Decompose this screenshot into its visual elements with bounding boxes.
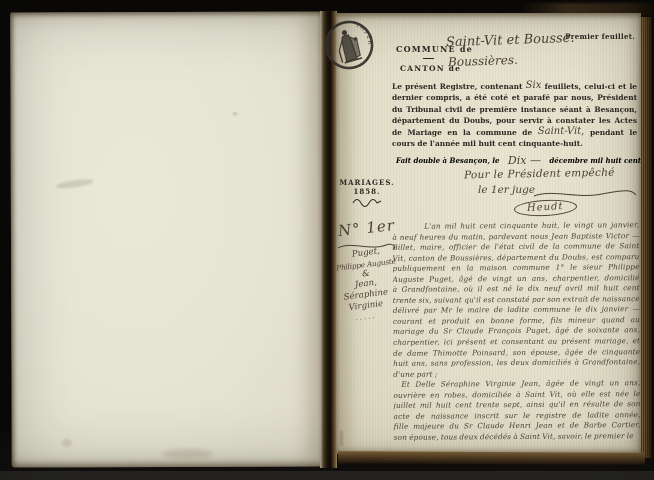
separator-dash [423, 58, 434, 59]
timbre-imperial-stamp: TIMBRE IMPÉRIAL [323, 18, 375, 72]
act-line: huit ans, sans profession, les deux domi… [393, 357, 640, 369]
canton-handwritten-value: Boussières. [448, 53, 518, 69]
paper-smudge [162, 449, 214, 459]
paper-smudge [233, 112, 238, 116]
dateline-printed-after: décembre mil huit cent cinquante-sept. [549, 156, 654, 165]
dateline-printed-before: Fait double à Besançon, le [396, 156, 499, 165]
act-body: L'an mil huit cent cinquante huit, le vi… [392, 220, 641, 443]
signature-authority-line: Pour le Président empêché [464, 167, 615, 182]
signature-title-line: le 1er juge [478, 184, 535, 196]
judge-signature: Heudt [514, 198, 577, 217]
left-blank-page [10, 11, 323, 467]
page-stack-fore-edge [641, 17, 652, 458]
margin-header-mariages: MARIAGES. [338, 178, 396, 187]
page-block-bottom-edge [338, 451, 645, 465]
paper-smudge [56, 178, 95, 190]
margin-header-flourish [352, 198, 382, 207]
commune-handwritten-value: Saint-Vit et Bousse. [446, 29, 632, 50]
folio-count-handwritten: Six [526, 80, 542, 91]
commune-name-handwritten: Saint-Vit, [538, 126, 585, 137]
act-number: N° 1er [337, 216, 396, 240]
photo-bottom-strip [0, 471, 654, 480]
dateline-day-handwritten: Dix — [508, 154, 541, 167]
register-page: Premier feuillet. COMMUNE de Saint-Vit e… [336, 13, 641, 454]
book-gutter [320, 11, 337, 468]
margin-header: MARIAGES. 1858. [338, 178, 396, 207]
margin-header-year: 1858. [338, 187, 396, 196]
act-line: son épouse, tous deux décédés à Saint Vi… [394, 431, 641, 443]
spouses-margin-names: Puget,Philippe Auguste&Jean,SéraphineVir… [336, 248, 396, 323]
paper-smudge [62, 438, 72, 447]
paper-smudge [340, 430, 343, 446]
archival-photo: Premier feuillet. COMMUNE de Saint-Vit e… [0, 0, 654, 480]
dateline: Fait double à Besançon, le Dix — décembr… [396, 153, 638, 166]
declaration-part1: Le présent Registre, contenant [392, 82, 522, 91]
register-declaration-paragraph: Le présent Registre, contenant Six feuil… [392, 81, 637, 149]
